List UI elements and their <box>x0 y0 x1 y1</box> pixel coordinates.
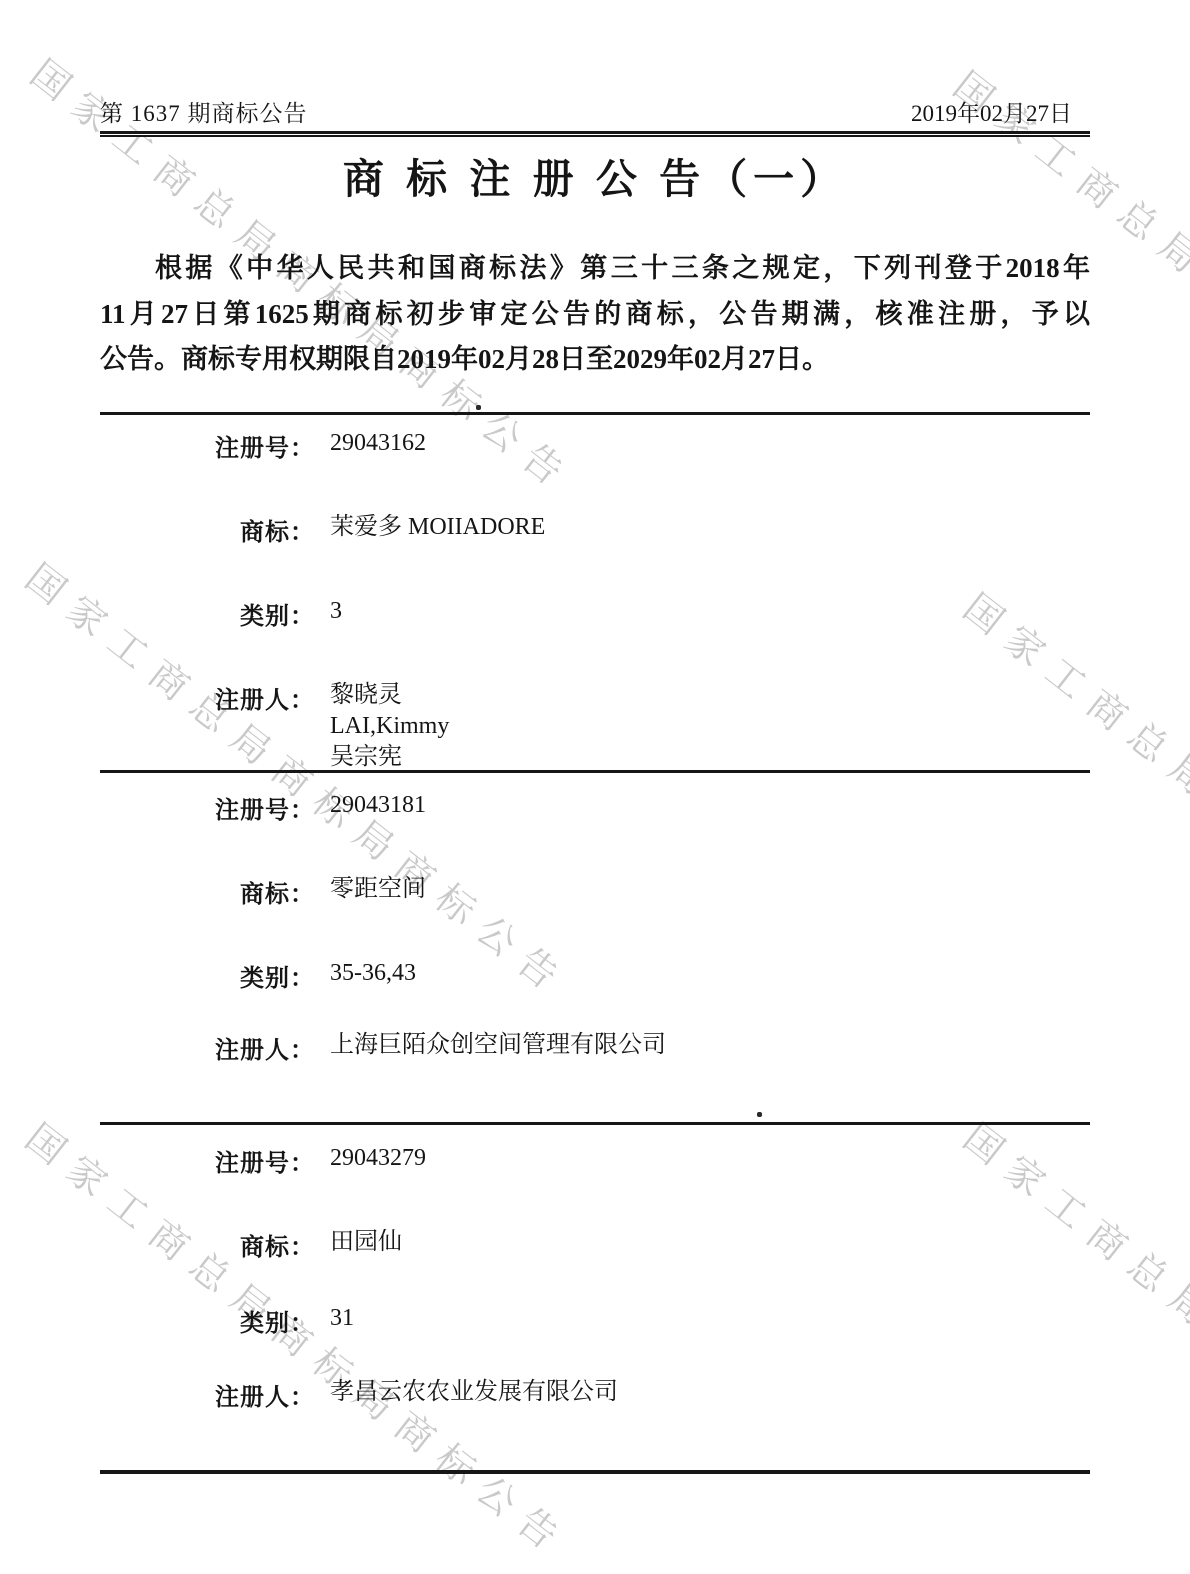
field-label-category: 类别： <box>100 958 315 993</box>
field-value-trademark: 茉爱多 MOIIADORE <box>330 512 1050 543</box>
field-value-category: 31 <box>330 1303 1050 1334</box>
scan-speck <box>476 405 481 410</box>
field-value-registrant: 上海巨陌众创空间管理有限公司 <box>330 1030 1050 1061</box>
intro-line-1: 根据《中华人民共和国商标法》第三十三条之规定，下列刊登于2018年 <box>100 248 1090 288</box>
intro-line-2: 11月27日第1625期商标初步审定公告的商标，公告期满，核准注册，予以 <box>100 294 1090 334</box>
field-value-reg-no: 29043162 <box>330 428 1050 459</box>
field-label-reg-no: 注册号： <box>100 1143 315 1178</box>
record-separator <box>100 1470 1090 1474</box>
record-separator <box>100 412 1090 415</box>
field-label-trademark: 商标： <box>100 1227 315 1262</box>
field-value-reg-no: 29043181 <box>330 790 1050 821</box>
field-value-reg-no: 29043279 <box>330 1143 1050 1174</box>
page-title: 商 标 注 册 公 告（一） <box>0 146 1190 205</box>
field-label-category: 类别： <box>100 1303 315 1338</box>
field-label-reg-no: 注册号： <box>100 428 315 463</box>
field-value-registrant: 黎晓灵 LAI,Kimmy 吴宗宪 <box>330 680 1050 773</box>
field-label-registrant: 注册人： <box>100 1030 315 1065</box>
intro-line-3: 公告。商标专用权期限自2019年02月28日至2029年02月27日。 <box>100 339 1090 379</box>
field-value-category: 35-36,43 <box>330 958 1050 989</box>
record-separator <box>100 1122 1090 1125</box>
field-value-trademark: 田园仙 <box>330 1227 1050 1258</box>
scan-speck <box>757 1112 762 1117</box>
field-value-trademark: 零距空间 <box>330 874 1050 905</box>
field-label-registrant: 注册人： <box>100 680 315 715</box>
field-label-category: 类别： <box>100 596 315 631</box>
field-label-trademark: 商标： <box>100 874 315 909</box>
field-label-reg-no: 注册号： <box>100 790 315 825</box>
field-value-registrant: 孝昌云农农业发展有限公司 <box>330 1377 1050 1408</box>
field-label-trademark: 商标： <box>100 512 315 547</box>
page-content: 第 1637 期商标公告 2019年02月27日 商 标 注 册 公 告（一） … <box>0 0 1190 1574</box>
field-label-registrant: 注册人： <box>100 1377 315 1412</box>
field-value-category: 3 <box>330 596 1050 627</box>
gazette-page: 国家工商总局商标局商标公告 国家工商总局商标局商标公告 国家工商总局商标局商标公… <box>0 0 1190 1574</box>
header-issue-number: 第 1637 期商标公告 <box>100 95 308 128</box>
header-rule <box>100 131 1090 137</box>
header-date: 2019年02月27日 <box>911 95 1072 128</box>
